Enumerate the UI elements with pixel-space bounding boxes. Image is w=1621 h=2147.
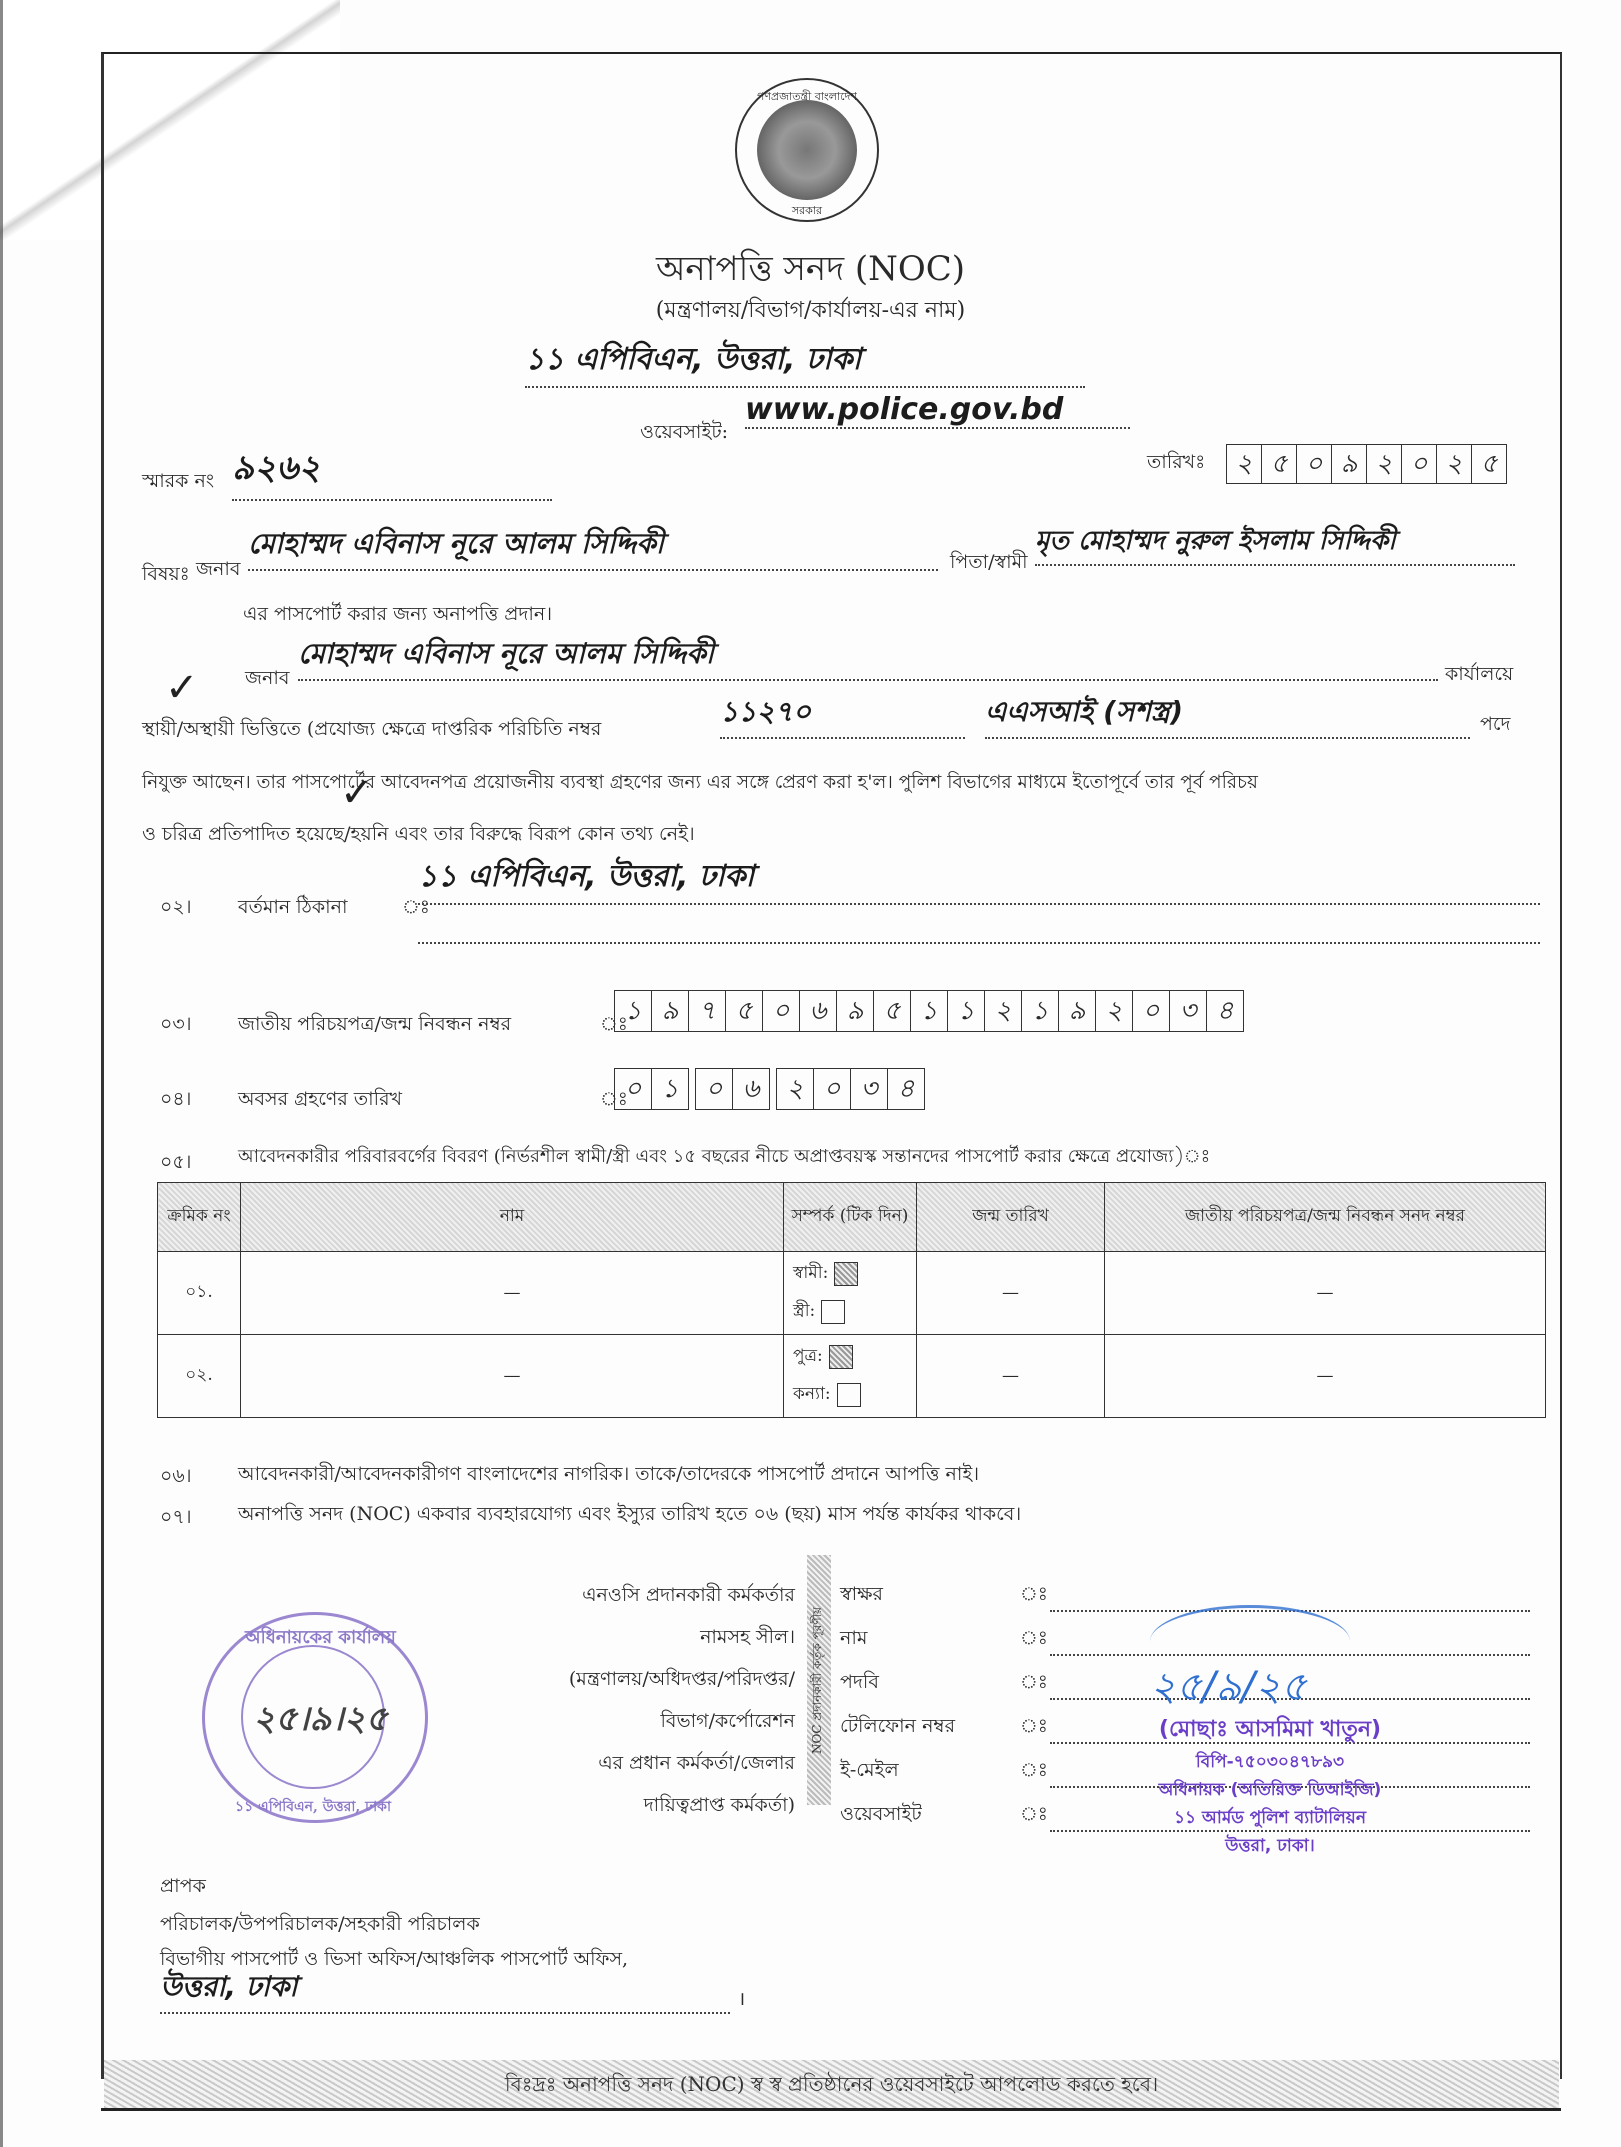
digit-box[interactable]: ২: [777, 1069, 814, 1109]
memo-label: স্মারক নং: [142, 467, 214, 499]
vertical-strip-text: NOC প্রদানকারী কর্তৃক পূরণীয়: [807, 1555, 831, 1805]
page-title: অনাপত্তি সনদ (NOC): [0, 243, 1621, 300]
retirement-num: ০৪।: [160, 1085, 191, 1117]
digit-box[interactable]: ২: [1227, 445, 1262, 483]
digit-group[interactable]: ০১: [614, 1068, 689, 1110]
post-suffix: পদে: [1480, 710, 1511, 742]
dob-cell[interactable]: —: [917, 1335, 1105, 1418]
recipient-label: প্রাপক: [160, 1872, 206, 1904]
instruction-line: দায়িত্বপ্রাপ্ত কর্মকর্তা): [470, 1784, 795, 1826]
body-mr-label: জনাব: [245, 664, 289, 696]
officer-field-colon: ঃ: [1020, 1580, 1050, 1612]
subject-suffix: এর পাসপোর্ট করার জন্য অনাপত্তি প্রদান।: [243, 600, 552, 632]
document-border-bottom: [101, 2108, 1561, 2111]
official-id-field[interactable]: ১১২৭০: [720, 690, 965, 739]
officer-field-label: ই-মেইল: [840, 1756, 1020, 1788]
digit-box[interactable]: ০: [814, 1069, 851, 1109]
officer-field-colon: ঃ: [1020, 1668, 1050, 1700]
dob-cell[interactable]: —: [917, 1252, 1105, 1335]
nid-cell[interactable]: —: [1105, 1252, 1546, 1335]
relation-cell: পুত্র:কন্যা:: [784, 1335, 917, 1418]
relation-checkbox[interactable]: [829, 1345, 853, 1369]
col-serial: ক্রমিক নং: [158, 1183, 241, 1252]
digit-box[interactable]: ৫: [874, 991, 911, 1031]
father-name-field[interactable]: মৃত মোহাম্মদ নুরুল ইসলাম সিদ্দিকী: [1035, 520, 1515, 566]
declaration-text: আবেদনকারী/আবেদনকারীগণ বাংলাদেশের নাগরিক।…: [238, 1460, 979, 1492]
instruction-line: এনওসি প্রদানকারী কর্মকর্তার: [470, 1574, 795, 1616]
family-table-header: ক্রমিক নং নাম সম্পর্ক (টিক দিন) জন্ম তার…: [158, 1183, 1546, 1252]
address-label: বর্তমান ঠিকানা: [238, 893, 348, 925]
body-paragraph-line2: ও চরিত্র প্রতিপাদিত হয়েছে/হয়নি এবং তার…: [142, 820, 695, 852]
digit-box[interactable]: ০: [763, 991, 800, 1031]
memo-number-field[interactable]: ৯২৬২: [232, 442, 552, 501]
stamp-date: ২৫।৯।২৫: [253, 1693, 388, 1750]
digit-box[interactable]: ০: [1297, 445, 1332, 483]
digit-box[interactable]: ০: [1133, 991, 1170, 1031]
body-name-field[interactable]: মোহাম্মদ এবিনাস নূরে আলম সিদ্দিকী: [298, 632, 1438, 681]
seal-line: অধিনায়ক (অতিরিক্ত ডিআইজি): [1080, 1777, 1460, 1805]
relation-option: স্ত্রী:: [793, 1298, 845, 1326]
subject-label: বিষয়ঃ: [142, 560, 190, 592]
digit-box[interactable]: ৫: [1262, 445, 1297, 483]
date-label: তারিখঃ: [1147, 448, 1205, 480]
retirement-label: অবসর গ্রহণের তারিখ: [238, 1085, 402, 1117]
digit-box[interactable]: ৯: [1332, 445, 1367, 483]
col-nid: জাতীয় পরিচয়পত্র/জন্ম নিবন্ধন সনদ নম্বর: [1105, 1183, 1546, 1252]
digit-box[interactable]: ১: [1022, 991, 1059, 1031]
recipient-line1: পরিচালক/উপপরিচালক/সহকারী পরিচালক: [160, 1910, 480, 1942]
digit-box[interactable]: ২: [1437, 445, 1472, 483]
digit-box[interactable]: ০: [1402, 445, 1437, 483]
footer-note: বিঃদ্রঃ অনাপত্তি সনদ (NOC) স্ব স্ব প্রতি…: [104, 2070, 1559, 2103]
digit-box[interactable]: ৯: [837, 991, 874, 1031]
relation-option: পুত্র:: [793, 1343, 853, 1371]
digit-group[interactable]: ২০৩৪: [776, 1068, 925, 1110]
retirement-date-boxes[interactable]: ০১০৬২০৩৪: [614, 1068, 925, 1110]
instruction-line: বিভাগ/কর্পোরেশন: [470, 1700, 795, 1742]
check-mark-icon: ✓: [340, 770, 374, 816]
relation-checkbox[interactable]: [834, 1262, 858, 1286]
recipient-end-mark: ।: [738, 1985, 745, 2011]
serial-cell[interactable]: ০২.: [158, 1335, 241, 1418]
relation-checkbox[interactable]: [837, 1383, 861, 1407]
seal-line: ১১ আর্মড পুলিশ ব্যাটালিয়ন: [1080, 1805, 1460, 1833]
officer-seal-instructions: এনওসি প্রদানকারী কর্মকর্তারনামসহ সীল।(মন…: [470, 1574, 795, 1826]
col-name: নাম: [241, 1183, 784, 1252]
nid-boxes[interactable]: ১৯৭৫০৬৯৫১১২১৯২০৩৪: [614, 990, 1244, 1032]
office-name-field[interactable]: ১১ এপিবিএন, উত্তরা, ঢাকা: [525, 335, 1085, 388]
applicant-name-field[interactable]: মোহাম্মদ এবিনাস নূরে আলম সিদ্দিকী: [248, 522, 938, 571]
office-round-stamp: অধিনায়কের কার্যালয় ১১ এপিবিএন, উত্তরা,…: [202, 1612, 428, 1823]
address-field-line2[interactable]: [418, 940, 1540, 944]
digit-group[interactable]: ০৬: [695, 1068, 770, 1110]
officer-field-label: নাম: [840, 1624, 1020, 1656]
table-row: ০১.—স্বামী:স্ত্রী:——: [158, 1252, 1546, 1335]
family-label: আবেদনকারীর পরিবারবর্গের বিবরণ (নির্ভরশীল…: [238, 1142, 1210, 1173]
instruction-line: নামসহ সীল।: [470, 1616, 795, 1658]
body-paragraph-line1: নিযুক্ত আছেন। তার পাসপোর্টের আবেদনপত্র প…: [142, 768, 1258, 799]
table-row: ০২.—পুত্র:কন্যা:——: [158, 1335, 1546, 1418]
col-relation: সম্পর্ক (টিক দিন): [784, 1183, 917, 1252]
basis-text: স্থায়ী/অস্থায়ী ভিত্তিতে (প্রযোজ্য ক্ষে…: [142, 715, 601, 747]
stamp-ring-top: অধিনায়কের কার্যালয়: [245, 1623, 396, 1654]
digit-box[interactable]: ০: [615, 1069, 652, 1109]
seal-line: উত্তরা, ঢাকা।: [1080, 1833, 1460, 1861]
relation-label: স্বামী:: [793, 1263, 828, 1283]
page-subtitle: (মন্ত্রণালয়/বিভাগ/কার্যালয়-এর নাম): [0, 293, 1621, 330]
designation-field[interactable]: এএসআই (সশস্ত্র): [985, 690, 1470, 739]
family-table: ক্রমিক নং নাম সম্পর্ক (টিক দিন) জন্ম তার…: [157, 1182, 1546, 1418]
digit-box[interactable]: ৫: [726, 991, 763, 1031]
declaration-num: ০৬।: [160, 1462, 192, 1494]
officer-field-row: স্বাক্ষরঃ: [840, 1568, 1530, 1612]
officer-field-label: টেলিফোন নম্বর: [840, 1712, 1020, 1744]
officer-field-colon: ঃ: [1020, 1756, 1050, 1788]
officer-field-label: স্বাক্ষর: [840, 1580, 1020, 1612]
digit-box[interactable]: ২: [1096, 991, 1133, 1031]
name-cell[interactable]: —: [241, 1252, 784, 1335]
emblem-bottom-text: সরকার: [737, 202, 877, 221]
relation-checkbox[interactable]: [821, 1300, 845, 1324]
address-num: ০২।: [160, 893, 192, 925]
officer-field-colon: ঃ: [1020, 1712, 1050, 1744]
digit-box[interactable]: ১: [911, 991, 948, 1031]
digit-box[interactable]: ৬: [733, 1069, 769, 1109]
nid-cell[interactable]: —: [1105, 1335, 1546, 1418]
digit-box[interactable]: ৯: [652, 991, 689, 1031]
officer-seal-stamp: (মোছাঃ আসমিমা খাতুন)বিপি-৭৫০৩০৪৭৮৯৩অধিনা…: [1080, 1712, 1460, 1861]
seal-line: বিপি-৭৫০৩০৪৭৮৯৩: [1080, 1749, 1460, 1777]
declaration-num: ০৭।: [160, 1503, 192, 1535]
digit-box[interactable]: ৩: [851, 1069, 888, 1109]
check-mark-icon: ✓: [165, 665, 199, 711]
digit-box[interactable]: ২: [1367, 445, 1402, 483]
digit-box[interactable]: ৪: [888, 1069, 924, 1109]
website-label: ওয়েবসাইট:: [640, 418, 728, 450]
relation-label: কন্যা:: [793, 1384, 831, 1404]
father-label: পিতা/স্বামী: [950, 548, 1028, 580]
recipient-office-field[interactable]: উত্তরা, ঢাকা: [160, 1965, 730, 2014]
family-num: ০৫।: [160, 1148, 191, 1180]
officer-field-label: পদবি: [840, 1668, 1020, 1700]
stamp-ring-bottom: ১১ এপিবিএন, উত্তরা, ঢাকা: [235, 1795, 391, 1819]
digit-box[interactable]: ৪: [1207, 991, 1243, 1031]
instruction-line: (মন্ত্রণালয়/অধিদপ্তর/পরিদপ্তর/: [470, 1658, 795, 1700]
digit-box[interactable]: ৩: [1170, 991, 1207, 1031]
address-field[interactable]: ১১ এপিবিএন, উত্তরা, ঢাকা: [418, 852, 1540, 905]
nid-label: জাতীয় পরিচয়পত্র/জন্ম নিবন্ধন নম্বর: [238, 1010, 511, 1042]
digit-box[interactable]: ৬: [800, 991, 837, 1031]
officer-field-colon: ঃ: [1020, 1624, 1050, 1656]
col-dob: জন্ম তারিখ: [917, 1183, 1105, 1252]
officer-field-colon: ঃ: [1020, 1800, 1050, 1832]
digit-box[interactable]: ২: [985, 991, 1022, 1031]
emblem-seal-icon: [757, 100, 857, 200]
name-cell[interactable]: —: [241, 1335, 784, 1418]
relation-label: পুত্র:: [793, 1346, 823, 1366]
officer-field-label: ওয়েবসাইট: [840, 1800, 1020, 1832]
instruction-line: এর প্রধান কর্মকর্তা/জেলার: [470, 1742, 795, 1784]
nid-num: ০৩।: [160, 1010, 192, 1042]
relation-cell: স্বামী:স্ত্রী:: [784, 1252, 917, 1335]
digit-box[interactable]: ৭: [689, 991, 726, 1031]
serial-cell[interactable]: ০১.: [158, 1252, 241, 1335]
date-boxes[interactable]: ২৫০৯২০২৫: [1226, 444, 1507, 484]
website-field[interactable]: www.police.gov.bd: [745, 392, 1130, 429]
relation-label: স্ত্রী:: [793, 1301, 815, 1321]
government-emblem-icon: গণপ্রজাতন্ত্রী বাংলাদেশ সরকার: [735, 78, 879, 222]
declaration-text: অনাপত্তি সনদ (NOC) একবার ব্যবহারযোগ্য এব…: [238, 1500, 1021, 1532]
noc-document: গণপ্রজাতন্ত্রী বাংলাদেশ সরকার অনাপত্তি স…: [0, 0, 1621, 2147]
subject-mr-label: জনাব: [196, 555, 240, 587]
relation-option: স্বামী:: [793, 1260, 858, 1288]
digit-box[interactable]: ৫: [1472, 445, 1506, 483]
seal-line: (মোছাঃ আসমিমা খাতুন): [1080, 1712, 1460, 1749]
digit-box[interactable]: ১: [615, 991, 652, 1031]
relation-option: কন্যা:: [793, 1381, 861, 1409]
digit-box[interactable]: ৯: [1059, 991, 1096, 1031]
office-suffix: কার্যালয়ে: [1445, 660, 1513, 692]
digit-box[interactable]: ০: [696, 1069, 733, 1109]
digit-box[interactable]: ১: [948, 991, 985, 1031]
digit-box[interactable]: ১: [652, 1069, 688, 1109]
